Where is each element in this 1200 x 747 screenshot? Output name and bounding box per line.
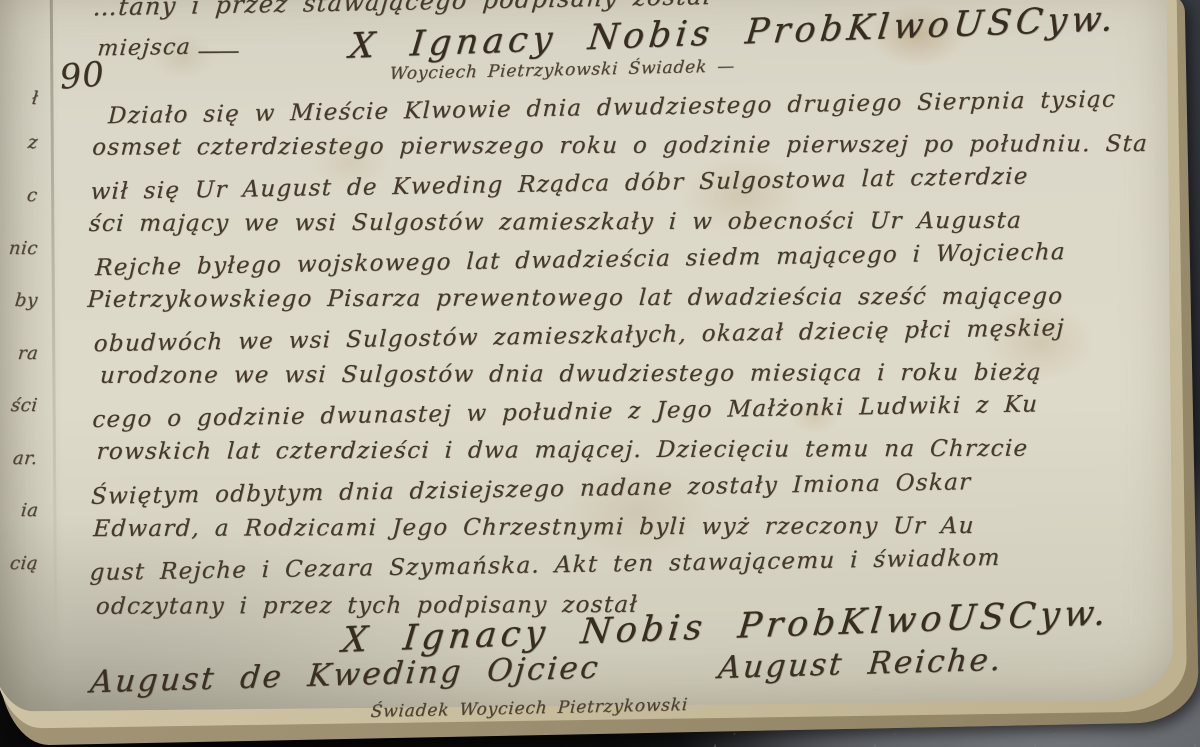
witness-signature: Świadek Woyciech Pietrzykowski (370, 695, 689, 722)
register-entry-90: …tany i przez stawającego podpisany zost… (0, 0, 1200, 747)
act-body-line: osmset czterdziestego pierwszego roku o … (92, 131, 1149, 161)
act-body-line: Świętym odbytym dnia dzisiejszego nadane… (91, 469, 972, 510)
act-body-line: cego o godzinie dwunastej w południe z J… (92, 391, 1039, 433)
act-body-line: rowskich lat czterdzieści i dwa mającej.… (96, 436, 1029, 465)
act-body-line: urodzone we wsi Sulgostów dnia dwudziest… (99, 360, 1042, 389)
pen-dash: —— (197, 39, 237, 64)
record-number: 90 (58, 54, 106, 97)
godfather-signature: August Reiche. (717, 642, 1005, 686)
previous-act-fragment: miejsca (96, 35, 192, 62)
act-body-line: Pietrzykowskiego Pisarza prewentowego la… (87, 283, 1064, 312)
act-body-line: obudwóch we wsi Sulgostów zamieszkałych,… (93, 315, 1065, 357)
act-body-line: Rejche byłego wojskowego lat dwadzieścia… (95, 239, 1067, 281)
act-body-line: Działo się w Mieście Klwowie dnia dwudzi… (108, 87, 1117, 130)
father-signature: August de Kweding Ojciec (89, 650, 602, 701)
photographed-register-page: { "colors":{ "paper":"#dcd8c9", "page_ed… (0, 0, 1200, 747)
act-body-line: gust Rejche i Cezara Szymańska. Akt ten … (89, 545, 1001, 586)
act-body-line: ści mający we wsi Sulgostów zamieszkały … (88, 208, 1023, 237)
act-body-line: Edward, a Rodzicami Jego Chrzestnymi byl… (93, 513, 976, 542)
act-body-line: wił się Ur August de Kweding Rządca dóbr… (90, 164, 1029, 206)
